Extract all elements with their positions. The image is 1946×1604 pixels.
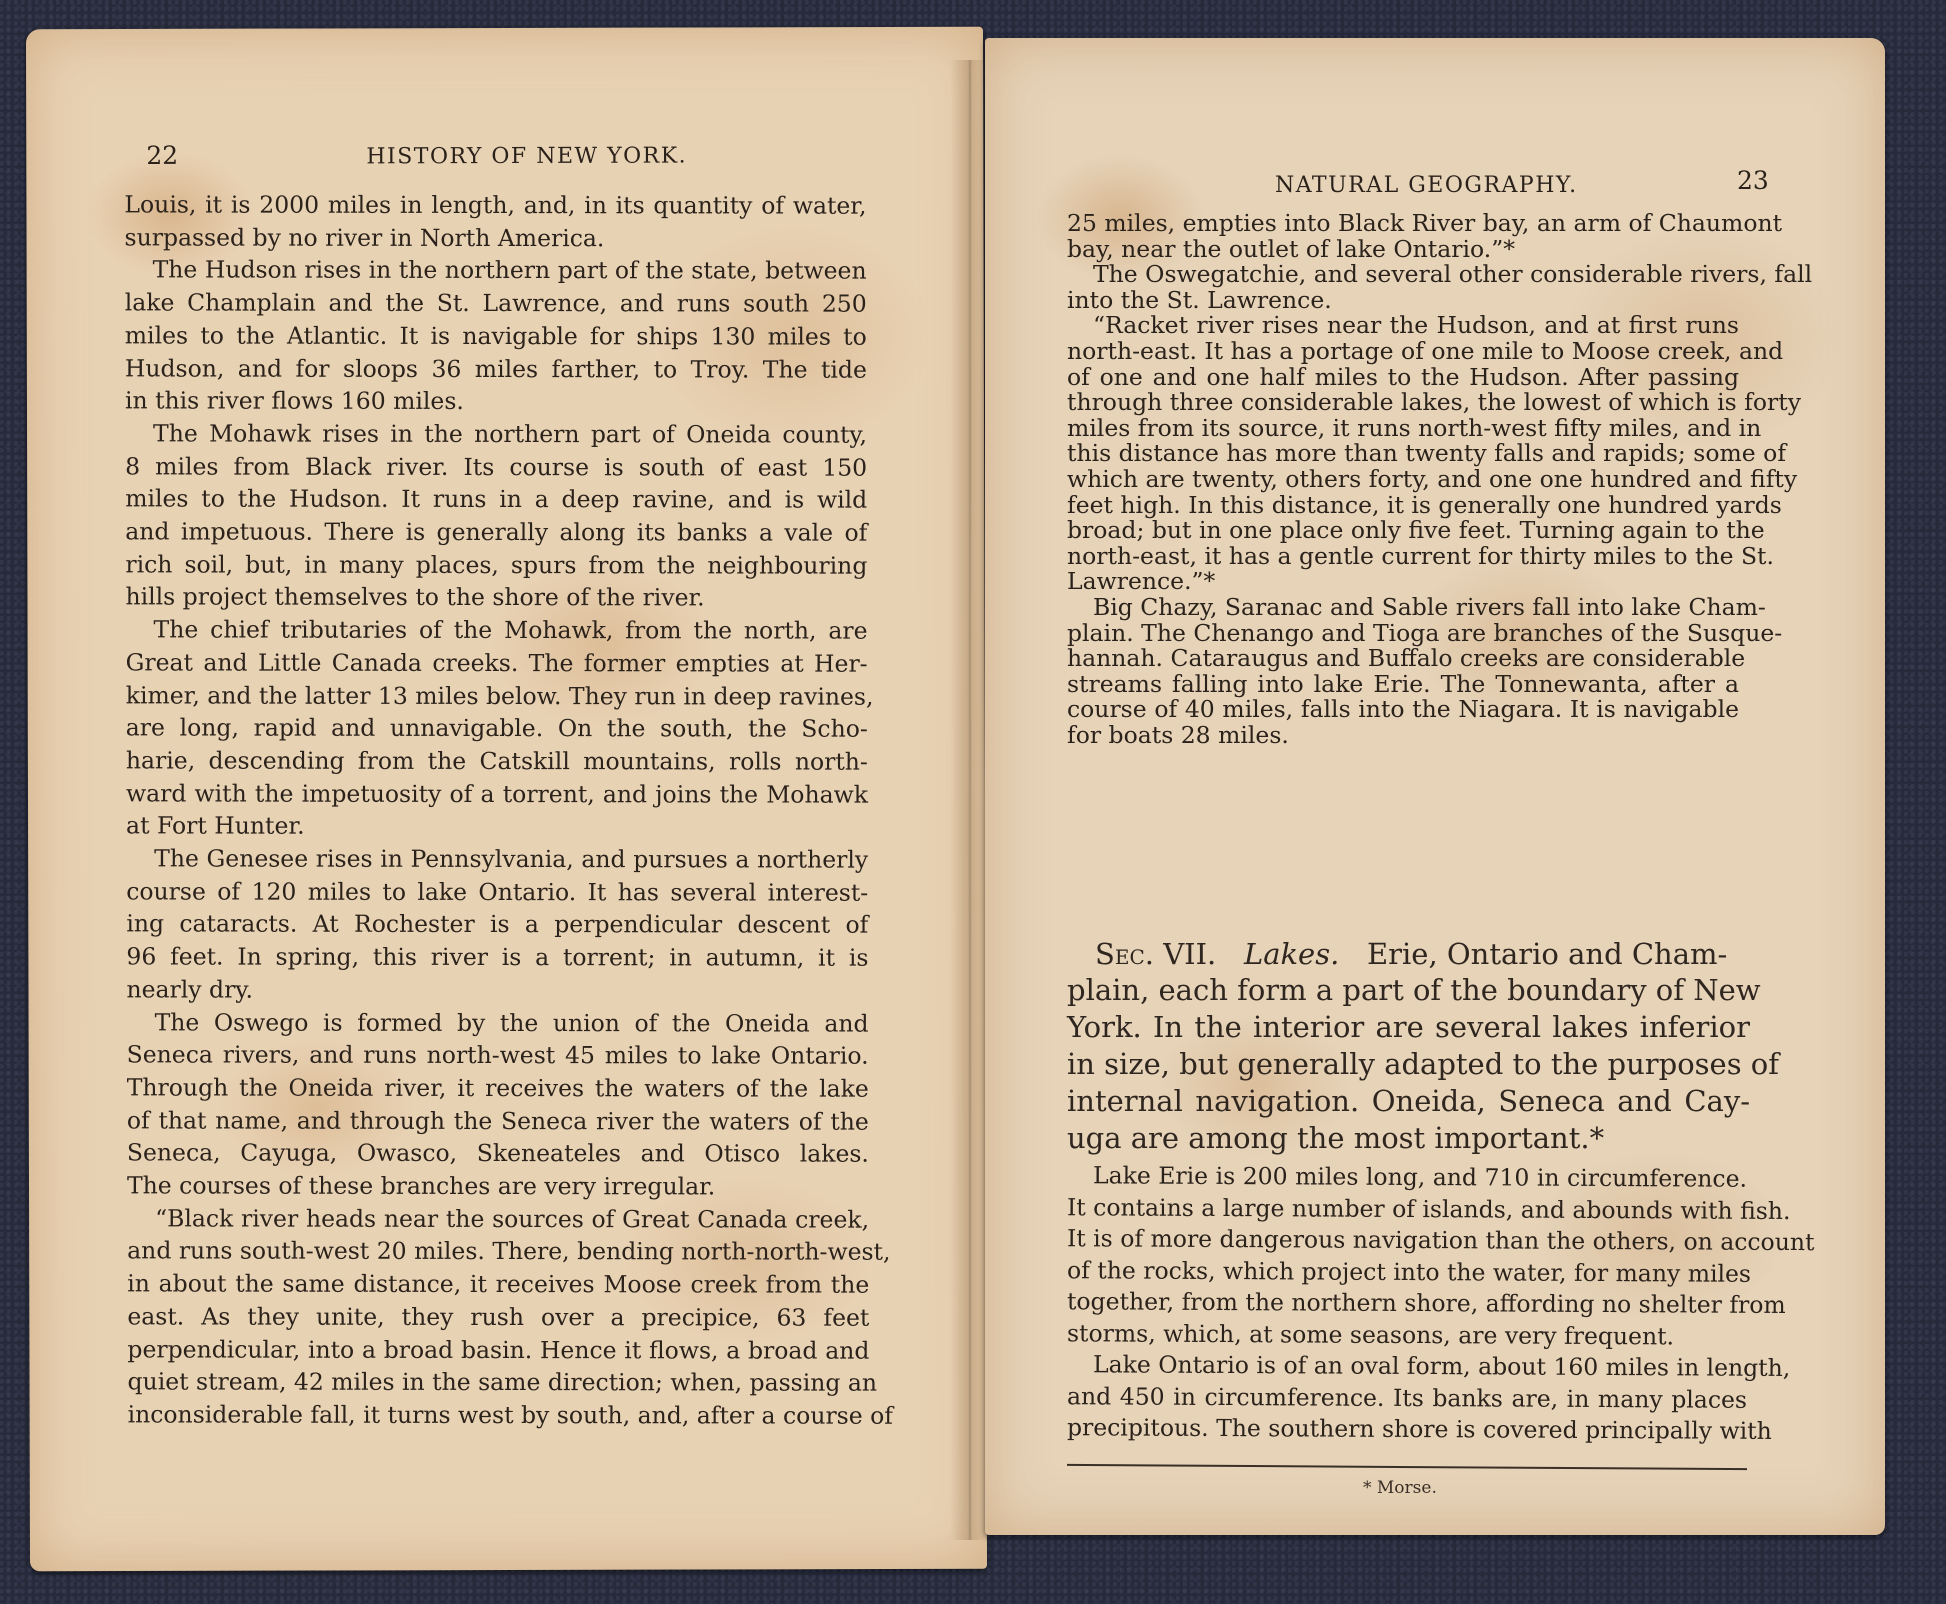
- text-line: Hudson, and for sloops 36 miles farther,…: [125, 353, 867, 384]
- text-line: are long, rapid and unnavigable. On the …: [126, 713, 868, 744]
- text-line: course of 120 miles to lake Ontario. It …: [126, 876, 868, 907]
- text-line: “Black river heads near the sources of G…: [155, 1203, 869, 1234]
- text-line: in about the same distance, it receives …: [127, 1268, 869, 1299]
- text-line: The courses of these branches are very i…: [127, 1170, 869, 1201]
- text-line: storms, which, at some seasons, are very…: [1067, 1318, 1747, 1352]
- text-line: The Oswego is formed by the union of the…: [155, 1007, 869, 1038]
- text-line: internal navigation. Oneida, Seneca and …: [1067, 1083, 1750, 1119]
- section-label: Sec. VII.: [1095, 937, 1216, 971]
- text-line: perpendicular, into a broad basin. Hence…: [127, 1334, 869, 1365]
- text-line: plain, each form a part of the boundary …: [1067, 972, 1750, 1008]
- right-page: NATURAL GEOGRAPHY. 23 25 miles, empties …: [985, 38, 1885, 1535]
- text-line: ing cataracts. At Rochester is a perpend…: [126, 909, 868, 940]
- text-line: Seneca, Cayuga, Owasco, Skeneateles and …: [127, 1138, 869, 1169]
- text-line: quiet stream, 42 miles in the same direc…: [128, 1367, 870, 1398]
- text-line: Through the Oneida river, it receives th…: [127, 1072, 869, 1103]
- text-line: of that name, and through the Seneca riv…: [127, 1105, 869, 1136]
- text-line: York. In the interior are several lakes …: [1067, 1009, 1750, 1045]
- text-line: It contains a large number of islands, a…: [1067, 1192, 1747, 1226]
- text-line: Seneca rivers, and runs north-west 45 mi…: [127, 1040, 869, 1071]
- text-line: The Mohawk rises in the northern part of…: [153, 418, 867, 449]
- text-line: of the rocks, which project into the wat…: [1067, 1255, 1747, 1289]
- left-page: 22 HISTORY OF NEW YORK. Louis, it is 200…: [26, 27, 987, 1572]
- text-line: It is of more dangerous navigation than …: [1067, 1223, 1747, 1257]
- text-line: The chief tributaries of the Mohawk, fro…: [154, 614, 868, 645]
- text-line: inconsiderable fall, it turns west by so…: [128, 1399, 870, 1430]
- text-line: at Fort Hunter.: [126, 811, 868, 842]
- text-line: ward with the impetuosity of a torrent, …: [126, 778, 868, 809]
- text-line: 96 feet. In spring, this river is a torr…: [126, 941, 868, 972]
- text-line: kimer, and the latter 13 miles below. Th…: [126, 680, 868, 711]
- running-header-left: HISTORY OF NEW YORK.: [366, 144, 687, 170]
- text-line: Lake Ontario is of an oval form, about 1…: [1093, 1349, 1747, 1382]
- running-header-right: NATURAL GEOGRAPHY.: [1275, 173, 1578, 198]
- text-line: surpassed by no river in North America.: [125, 222, 867, 253]
- text-line: in size, but generally adapted to the pu…: [1067, 1046, 1750, 1082]
- text-line: uga are among the most important.*: [1067, 1120, 1750, 1156]
- section-heading-line: Sec. VII. Lakes. Erie, Ontario and Cham-: [1095, 936, 1750, 972]
- text-line: Lake Erie is 200 miles long, and 710 in …: [1093, 1160, 1747, 1193]
- text-line: precipitous. The southern shore is cover…: [1067, 1412, 1747, 1446]
- section-title: Lakes.: [1244, 937, 1339, 971]
- text-line: 8 miles from Black river. Its course is …: [125, 451, 867, 482]
- section-first-line: Erie, Ontario and Cham-: [1367, 937, 1727, 971]
- footnote-rule: [1067, 1464, 1747, 1470]
- text-line: rich soil, but, in many places, spurs fr…: [125, 549, 867, 580]
- text-line: miles to the Hudson. It runs in a deep r…: [125, 484, 867, 515]
- text-line: The Hudson rises in the northern part of…: [153, 255, 867, 286]
- text-line: nearly dry.: [126, 974, 868, 1005]
- page-number-left: 22: [146, 141, 178, 170]
- book-gutter: [950, 60, 990, 1540]
- text-line: and 450 in circumference. Its banks are,…: [1067, 1381, 1747, 1415]
- text-line: harie, descending from the Catskill moun…: [126, 745, 868, 776]
- text-line: hills project themselves to the shore of…: [125, 582, 867, 613]
- text-line: Louis, it is 2000 miles in length, and, …: [124, 189, 866, 220]
- text-line: lake Champlain and the St. Lawrence, and…: [125, 287, 867, 318]
- footnote-morse: * Morse.: [1363, 1478, 1437, 1498]
- text-line: in this river flows 160 miles.: [125, 386, 867, 417]
- text-line: The Genesee rises in Pennsylvania, and p…: [154, 843, 868, 874]
- left-page-body: Louis, it is 2000 miles in length, and, …: [26, 27, 983, 30]
- text-line: for boats 28 miles.: [1067, 720, 1739, 750]
- text-line: east. As they unite, they rush over a pr…: [127, 1301, 869, 1332]
- text-line: Great and Little Canada creeks. The form…: [126, 647, 868, 678]
- text-line: and runs south-west 20 miles. There, ben…: [127, 1236, 869, 1267]
- page-number-right: 23: [1737, 166, 1769, 195]
- text-line: and impetuous. There is generally along …: [125, 516, 867, 547]
- text-line: miles to the Atlantic. It is navigable f…: [125, 320, 867, 351]
- text-line: together, from the northern shore, affor…: [1067, 1286, 1747, 1320]
